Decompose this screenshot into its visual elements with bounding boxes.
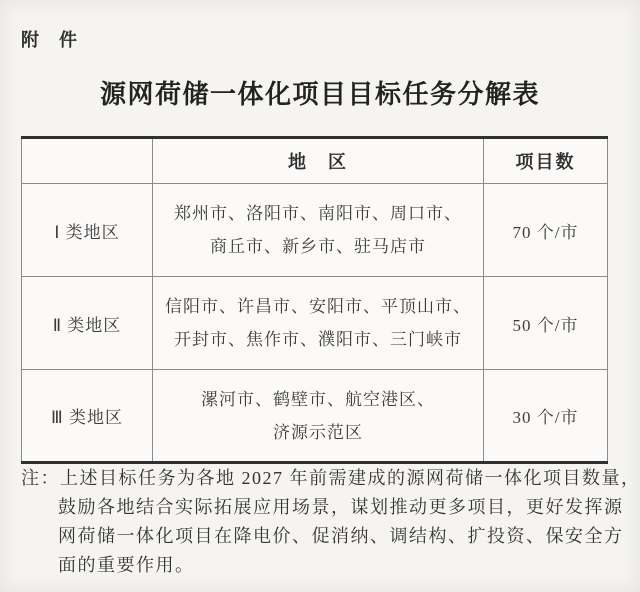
footnote-prefix: 注： — [21, 468, 60, 488]
header-region-cell: 地 区 — [153, 138, 484, 184]
region-list-cell: 信阳市、许昌市、安阳市、平顶山市、 开封市、焦作市、濮阳市、三门峡市 — [153, 277, 484, 370]
region-list-cell: 郑州市、洛阳市、南阳市、周口市、 商丘市、新乡市、驻马店市 — [153, 184, 484, 277]
region-line: 郑州市、洛阳市、南阳市、周口市、 — [153, 197, 483, 230]
region-line: 开封市、焦作市、濮阳市、三门峡市 — [153, 323, 483, 356]
table-row-category-1: Ⅰ 类地区 郑州市、洛阳市、南阳市、周口市、 商丘市、新乡市、驻马店市 70 个… — [22, 184, 608, 277]
table-row-category-3: Ⅲ 类地区 漯河市、鹤壁市、航空港区、 济源示范区 30 个/市 — [22, 370, 608, 463]
category-cell: Ⅰ 类地区 — [22, 184, 153, 277]
project-count-cell: 50 个/市 — [484, 277, 608, 370]
table-header-row: 地 区 项目数 — [22, 138, 608, 184]
region-line: 济源示范区 — [153, 416, 483, 449]
footnote: 注：上述目标任务为各地 2027 年前需建成的源网荷储一体化项目数量， 鼓励各地… — [21, 464, 627, 580]
footnote-line: 网荷储一体化项目在降电价、促消纳、调结构、扩投资、保安全方 — [21, 522, 627, 551]
project-count-cell: 70 个/市 — [484, 184, 608, 277]
project-count-cell: 30 个/市 — [484, 370, 608, 463]
target-task-table: 地 区 项目数 Ⅰ 类地区 郑州市、洛阳市、南阳市、周口市、 商丘市、新乡市、驻… — [21, 136, 608, 464]
attachment-label: 附 件 — [21, 26, 78, 52]
header-project-count-cell: 项目数 — [484, 138, 608, 184]
region-list-cell: 漯河市、鹤壁市、航空港区、 济源示范区 — [153, 370, 484, 463]
footnote-line: 注：上述目标任务为各地 2027 年前需建成的源网荷储一体化项目数量， — [21, 464, 627, 493]
region-line: 商丘市、新乡市、驻马店市 — [153, 230, 483, 263]
footnote-line: 鼓励各地结合实际拓展应用场景，谋划推动更多项目，更好发挥源 — [21, 493, 627, 522]
category-cell: Ⅲ 类地区 — [22, 370, 153, 463]
region-line: 漯河市、鹤壁市、航空港区、 — [153, 383, 483, 416]
region-line: 信阳市、许昌市、安阳市、平顶山市、 — [153, 290, 483, 323]
category-cell: Ⅱ 类地区 — [22, 277, 153, 370]
document-page: 附 件 源网荷储一体化项目目标任务分解表 地 区 项目数 Ⅰ 类地区 郑州市、洛… — [0, 0, 640, 592]
page-title: 源网荷储一体化项目目标任务分解表 — [0, 74, 640, 111]
header-category-cell — [22, 138, 153, 184]
footnote-text: 上述目标任务为各地 2027 年前需建成的源网荷储一体化项目数量， — [60, 468, 640, 488]
footnote-line: 面的重要作用。 — [21, 551, 627, 580]
table-row-category-2: Ⅱ 类地区 信阳市、许昌市、安阳市、平顶山市、 开封市、焦作市、濮阳市、三门峡市… — [22, 277, 608, 370]
